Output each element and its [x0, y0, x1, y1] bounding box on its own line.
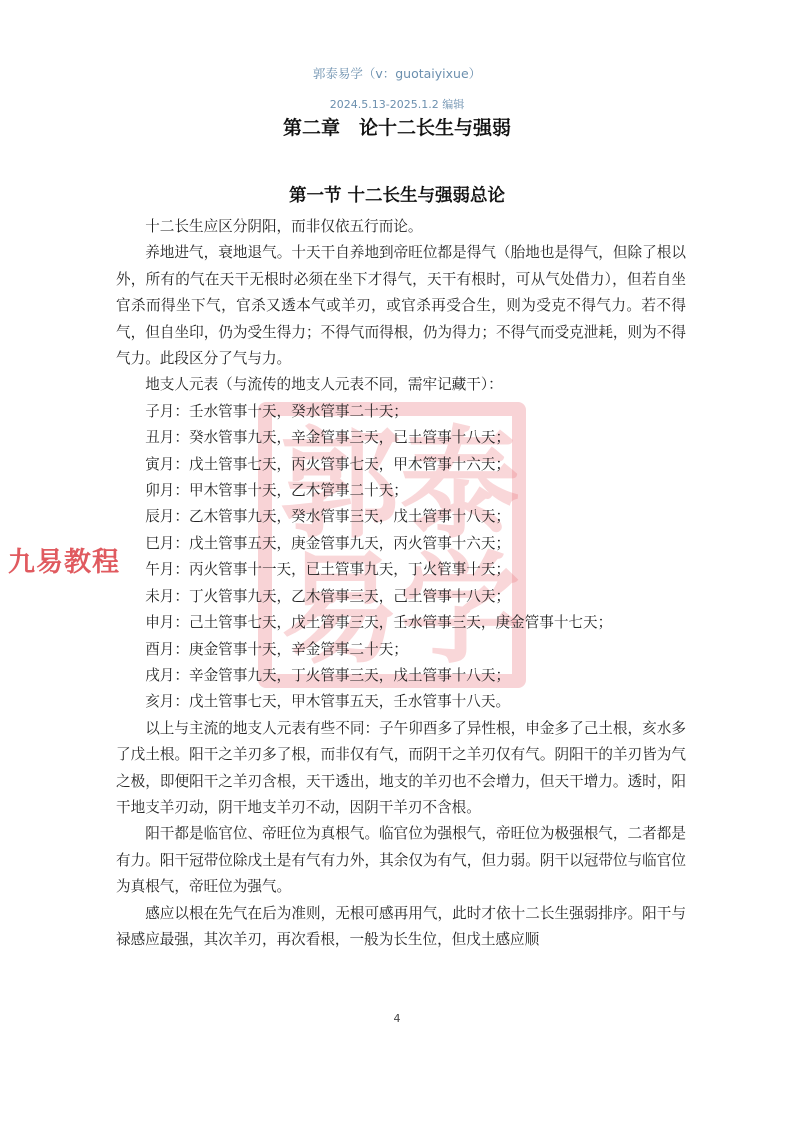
- branch-table-row: 未月：丁火管事九天，乙木管事三天，己土管事十八天；: [116, 584, 686, 610]
- side-watermark-label: 九易教程: [8, 540, 120, 579]
- branch-table-row: 戌月：辛金管事九天，丁火管事三天，戊土管事十八天；: [116, 663, 686, 689]
- branch-table-row: 卯月：甲木管事十天，乙木管事二十天；: [116, 478, 686, 504]
- document-header-date: 2024.5.13-2025.1.2 编辑: [0, 96, 794, 112]
- chapter-title: 第二章 论十二长生与强弱: [0, 113, 794, 140]
- branch-table-row: 子月：壬水管事十天，癸水管事二十天；: [116, 399, 686, 425]
- branch-table-row: 亥月：戊土管事七天，甲木管事五天，壬水管事十八天。: [116, 689, 686, 715]
- paragraph: 养地进气，衰地退气。十天干自养地到帝旺位都是得气（胎地也是得气，但除了根以外，所…: [116, 240, 686, 372]
- paragraph: 十二长生应区分阴阳，而非仅依五行而论。: [116, 214, 686, 240]
- branch-table-row: 丑月：癸水管事九天，辛金管事三天，已土管事十八天；: [116, 425, 686, 451]
- paragraph: 阳干都是临官位、帝旺位为真根气。临官位为强根气，帝旺位为极强根气，二者都是有力。…: [116, 821, 686, 900]
- branch-table-row: 巳月：戊土管事五天，庚金管事九天，丙火管事十六天；: [116, 531, 686, 557]
- branch-table-row: 寅月：戊土管事七天，丙火管事七天，甲木管事十六天；: [116, 452, 686, 478]
- page-number: 4: [0, 1012, 794, 1025]
- document-header-source: 郭泰易学（v：guotaiyixue）: [0, 64, 794, 82]
- branch-table-row: 酉月：庚金管事十天，辛金管事二十天；: [116, 637, 686, 663]
- branch-table-row: 申月：己土管事七天，戊土管事三天，壬水管事三天，庚金管事十七天；: [116, 610, 686, 636]
- branch-table: 子月：壬水管事十天，癸水管事二十天； 丑月：癸水管事九天，辛金管事三天，已土管事…: [116, 399, 686, 716]
- paragraph: 地支人元表（与流传的地支人元表不同，需牢记藏干）：: [116, 372, 686, 398]
- document-body: 十二长生应区分阴阳，而非仅依五行而论。 养地进气，衰地退气。十天干自养地到帝旺位…: [116, 214, 686, 953]
- branch-table-row: 辰月：乙木管事九天，癸水管事三天，戊土管事十八天；: [116, 504, 686, 530]
- paragraph: 以上与主流的地支人元表有些不同：子午卯酉多了异性根，申金多了己土根，亥水多了戊土…: [116, 716, 686, 822]
- section-title: 第一节 十二长生与强弱总论: [0, 182, 794, 207]
- branch-table-row: 午月：丙火管事十一天，已土管事九天，丁火管事十天；: [116, 557, 686, 583]
- paragraph: 感应以根在先气在后为准则，无根可感再用气，此时才依十二长生强弱排序。阳干与禄感应…: [116, 901, 686, 954]
